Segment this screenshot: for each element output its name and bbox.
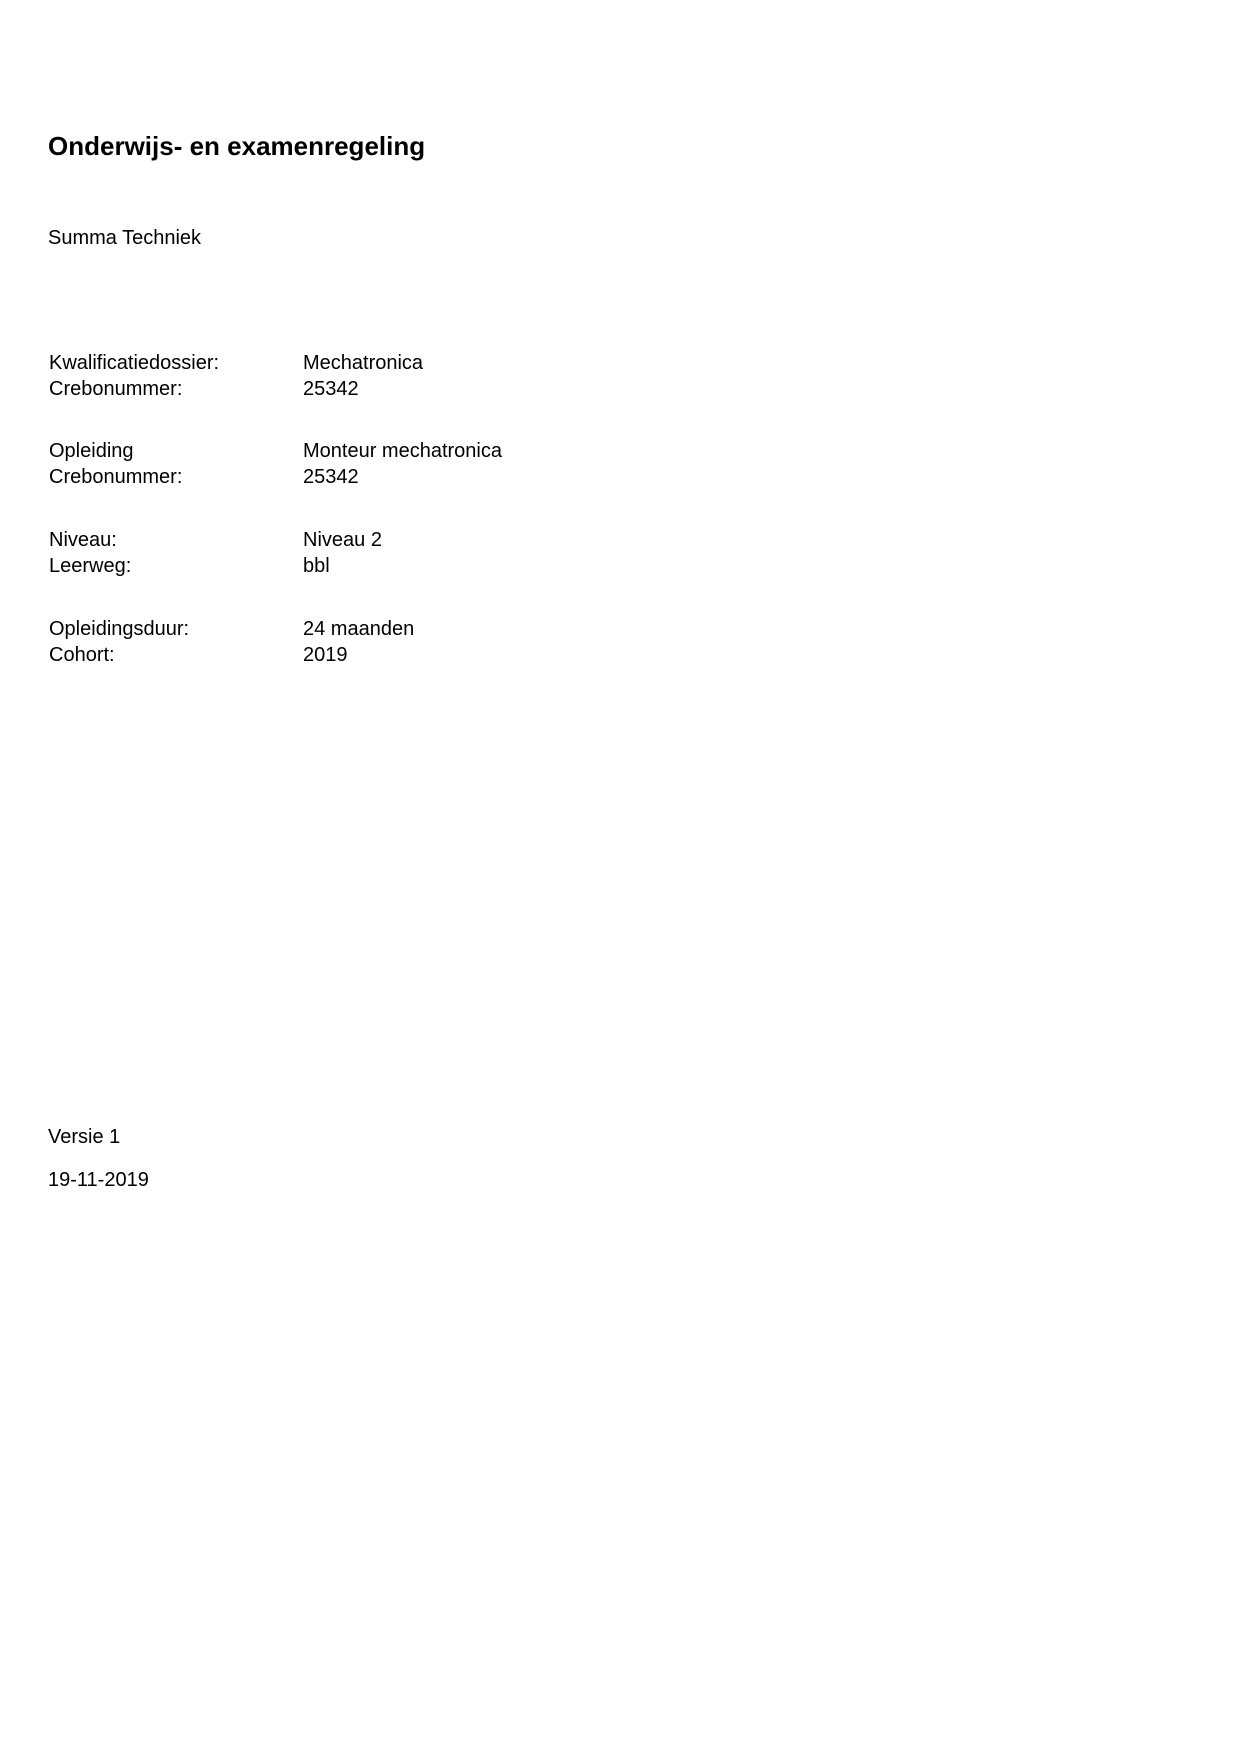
info-value: Monteur mechatronica <box>303 438 649 464</box>
info-label: Opleidingsduur: <box>49 616 303 642</box>
info-value: 25342 <box>303 376 649 402</box>
info-value: Niveau 2 <box>303 527 649 553</box>
version-label: Versie 1 <box>48 1124 120 1150</box>
info-value: 24 maanden <box>303 616 649 642</box>
info-group-qualification: Kwalificatiedossier: Mechatronica Crebon… <box>49 350 649 402</box>
info-label: Cohort: <box>49 642 303 668</box>
info-label: Niveau: <box>49 527 303 553</box>
info-row-crebonummer: Crebonummer: 25342 <box>49 464 649 490</box>
info-row-opleidingsduur: Opleidingsduur: 24 maanden <box>49 616 649 642</box>
info-row-niveau: Niveau: Niveau 2 <box>49 527 649 553</box>
info-row-crebonummer: Crebonummer: 25342 <box>49 376 649 402</box>
info-value: 2019 <box>303 642 649 668</box>
info-label: Opleiding <box>49 438 303 464</box>
info-row-kwalificatiedossier: Kwalificatiedossier: Mechatronica <box>49 350 649 376</box>
info-label: Crebonummer: <box>49 464 303 490</box>
document-date: 19-11-2019 <box>48 1167 149 1193</box>
page-title: Onderwijs- en examenregeling <box>48 131 425 161</box>
info-row-cohort: Cohort: 2019 <box>49 642 649 668</box>
info-row-leerweg: Leerweg: bbl <box>49 553 649 579</box>
info-row-opleiding: Opleiding Monteur mechatronica <box>49 438 649 464</box>
info-label: Leerweg: <box>49 553 303 579</box>
info-value: bbl <box>303 553 649 579</box>
info-group-opleiding: Opleiding Monteur mechatronica Crebonumm… <box>49 438 649 490</box>
info-label: Kwalificatiedossier: <box>49 350 303 376</box>
info-group-duur: Opleidingsduur: 24 maanden Cohort: 2019 <box>49 616 649 668</box>
info-group-niveau: Niveau: Niveau 2 Leerweg: bbl <box>49 527 649 579</box>
info-value: 25342 <box>303 464 649 490</box>
info-value: Mechatronica <box>303 350 649 376</box>
organisation-name: Summa Techniek <box>48 225 201 251</box>
info-label: Crebonummer: <box>49 376 303 402</box>
